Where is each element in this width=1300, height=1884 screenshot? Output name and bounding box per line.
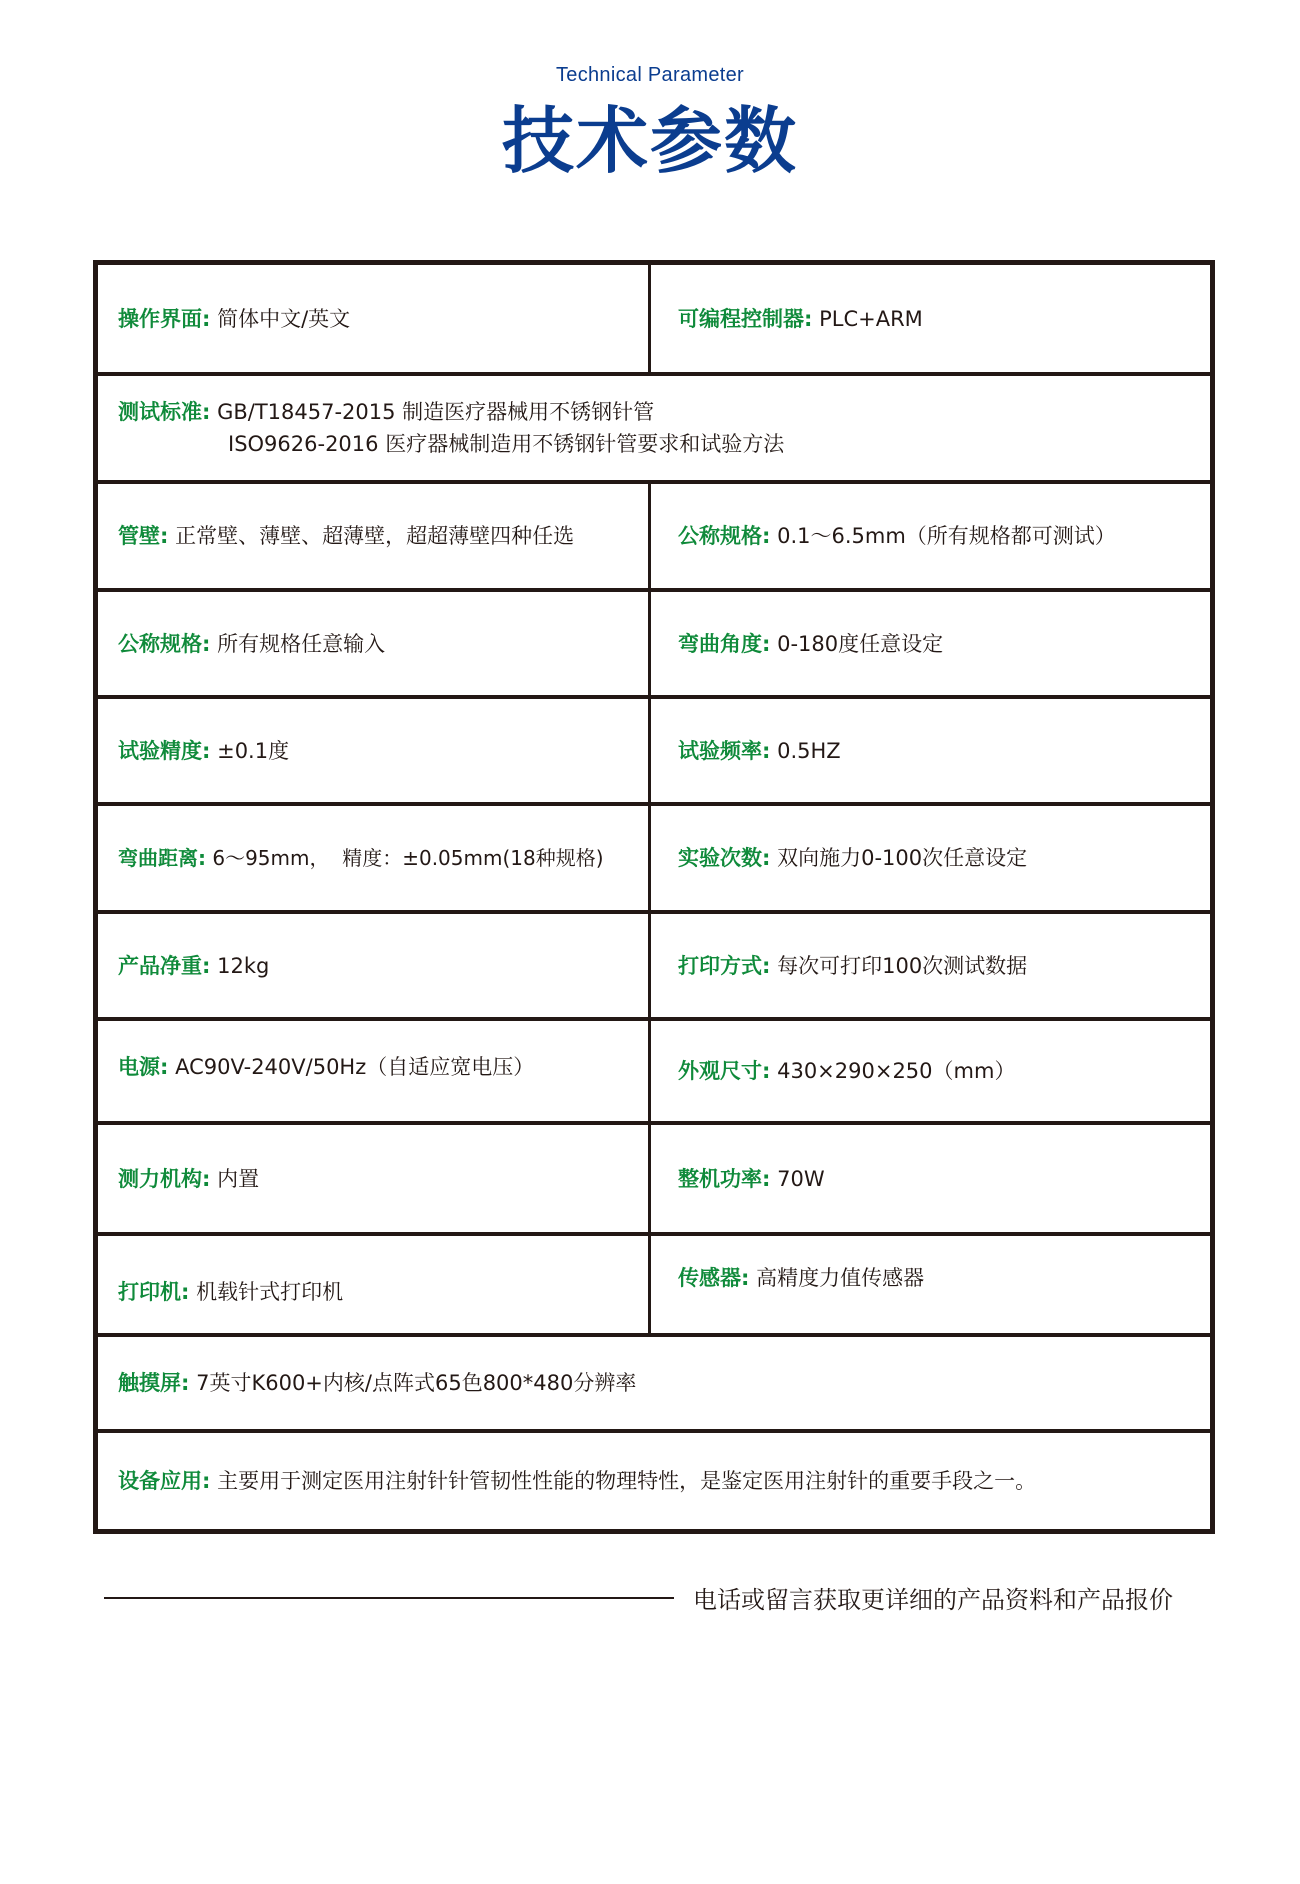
table-row: 试验精度: ±0.1度 试验频率: 0.5HZ (98, 699, 1210, 806)
page-subtitle: Technical Parameter (0, 64, 1300, 87)
table-row: 操作界面: 简体中文/英文 可编程控制器: PLC+ARM (98, 265, 1210, 376)
spec-cell-interface: 操作界面: 简体中文/英文 (98, 265, 651, 372)
spec-label: 触摸屏: (118, 1367, 189, 1399)
spec-cell-touchscreen: 触摸屏: 7英寸K600+内核/点阵式65色800*480分辨率 (98, 1337, 1210, 1429)
spec-value: 每次可打印100次测试数据 (777, 950, 1027, 982)
table-row: 公称规格: 所有规格任意输入 弯曲角度: 0-180度任意设定 (98, 592, 1210, 699)
spec-label: 实验次数: (678, 842, 770, 874)
footer-contact-text: 电话或留言获取更详细的产品资料和产品报价 (693, 1580, 1173, 1615)
spec-label: 产品净重: (118, 950, 210, 982)
spec-label: 设备应用: (118, 1465, 210, 1497)
spec-label: 传感器: (678, 1262, 749, 1294)
spec-label: 弯曲角度: (678, 628, 770, 660)
spec-label: 公称规格: (118, 628, 210, 660)
spec-cell-accuracy: 试验精度: ±0.1度 (98, 699, 651, 802)
spec-value: GB/T18457-2015 制造医疗器械用不锈钢针管 (217, 400, 654, 424)
spec-value-line2: ISO9626-2016 医疗器械制造用不锈钢针管要求和试验方法 (228, 432, 784, 456)
spec-value: 内置 (217, 1163, 259, 1195)
spec-table: 操作界面: 简体中文/英文 可编程控制器: PLC+ARM 测试标准: GB/T… (93, 260, 1215, 1534)
spec-label: 打印机: (118, 1276, 189, 1308)
spec-cell-test-count: 实验次数: 双向施力0-100次任意设定 (651, 806, 1210, 910)
spec-value: 0-180度任意设定 (777, 628, 943, 660)
spec-cell-power: 整机功率: 70W (651, 1125, 1210, 1232)
spec-label: 测力机构: (118, 1163, 210, 1195)
spec-label: 外观尺寸: (678, 1055, 770, 1087)
spec-cell-print-mode: 打印方式: 每次可打印100次测试数据 (651, 914, 1210, 1017)
spec-cell-nominal-input: 公称规格: 所有规格任意输入 (98, 592, 651, 695)
spec-cell-frequency: 试验频率: 0.5HZ (651, 699, 1210, 802)
table-row: 打印机: 机载针式打印机 传感器: 高精度力值传感器 (98, 1236, 1210, 1337)
spec-value: 12kg (217, 950, 269, 982)
spec-label: 管壁: (118, 520, 168, 552)
spec-value: ±0.1度 (217, 735, 289, 767)
page-title: 技术参数 (0, 96, 1300, 186)
spec-cell-bend-distance: 弯曲距离: 6～95mm， 精度：±0.05mm(18种规格) (98, 806, 651, 910)
spec-cell-dimensions: 外观尺寸: 430×290×250（mm） (651, 1021, 1210, 1121)
spec-cell-wall: 管壁: 正常壁、薄壁、超薄壁，超超薄壁四种任选 (98, 484, 651, 588)
spec-cell-application: 设备应用: 主要用于测定医用注射针针管韧性性能的物理特性，是鉴定医用注射针的重要… (98, 1433, 1210, 1529)
table-row: 管壁: 正常壁、薄壁、超薄壁，超超薄壁四种任选 公称规格: 0.1～6.5mm（… (98, 484, 1210, 592)
spec-value: 正常壁、薄壁、超薄壁，超超薄壁四种任选 (175, 520, 574, 552)
spec-cell-nominal-size: 公称规格: 0.1～6.5mm（所有规格都可测试） (651, 484, 1210, 588)
spec-label: 操作界面: (118, 303, 210, 335)
spec-value: PLC+ARM (819, 303, 923, 335)
spec-cell-sensor: 传感器: 高精度力值传感器 (651, 1236, 1210, 1333)
spec-label: 试验频率: (678, 735, 770, 767)
spec-cell-weight: 产品净重: 12kg (98, 914, 651, 1017)
spec-label: 试验精度: (118, 735, 210, 767)
spec-value: AC90V-240V/50Hz（自适应宽电压） (175, 1051, 534, 1083)
table-row: 设备应用: 主要用于测定医用注射针针管韧性性能的物理特性，是鉴定医用注射针的重要… (98, 1433, 1210, 1529)
table-row: 测试标准: GB/T18457-2015 制造医疗器械用不锈钢针管 ISO962… (98, 376, 1210, 484)
spec-value: 机载针式打印机 (196, 1276, 343, 1308)
table-row: 触摸屏: 7英寸K600+内核/点阵式65色800*480分辨率 (98, 1337, 1210, 1433)
spec-value: 高精度力值传感器 (756, 1262, 924, 1294)
spec-value: 70W (777, 1163, 825, 1195)
spec-cell-standard: 测试标准: GB/T18457-2015 制造医疗器械用不锈钢针管 ISO962… (98, 376, 1210, 480)
spec-value: 0.1～6.5mm（所有规格都可测试） (777, 520, 1116, 552)
spec-cell-bend-angle: 弯曲角度: 0-180度任意设定 (651, 592, 1210, 695)
spec-value: 7英寸K600+内核/点阵式65色800*480分辨率 (196, 1367, 636, 1399)
spec-cell-printer: 打印机: 机载针式打印机 (98, 1236, 651, 1333)
spec-label: 整机功率: (678, 1163, 770, 1195)
table-row: 电源: AC90V-240V/50Hz（自适应宽电压） 外观尺寸: 430×29… (98, 1021, 1210, 1125)
spec-label: 打印方式: (678, 950, 770, 982)
table-row: 弯曲距离: 6～95mm， 精度：±0.05mm(18种规格) 实验次数: 双向… (98, 806, 1210, 914)
spec-value: 双向施力0-100次任意设定 (777, 842, 1027, 874)
spec-cell-power-supply: 电源: AC90V-240V/50Hz（自适应宽电压） (98, 1021, 651, 1121)
footer-divider (104, 1597, 674, 1599)
spec-cell-controller: 可编程控制器: PLC+ARM (651, 265, 1210, 372)
spec-value: 简体中文/英文 (217, 303, 350, 335)
spec-label: 测试标准: (118, 400, 210, 424)
spec-label: 可编程控制器: (678, 303, 812, 335)
spec-label: 公称规格: (678, 520, 770, 552)
spec-label: 弯曲距离: (118, 842, 206, 874)
spec-cell-force-mechanism: 测力机构: 内置 (98, 1125, 651, 1232)
spec-label: 电源: (118, 1051, 168, 1083)
table-row: 产品净重: 12kg 打印方式: 每次可打印100次测试数据 (98, 914, 1210, 1021)
table-row: 测力机构: 内置 整机功率: 70W (98, 1125, 1210, 1236)
spec-value: 主要用于测定医用注射针针管韧性性能的物理特性，是鉴定医用注射针的重要手段之一。 (217, 1465, 1036, 1497)
spec-value: 0.5HZ (777, 735, 841, 767)
spec-value: 430×290×250（mm） (777, 1055, 1015, 1087)
spec-value: 6～95mm， 精度：±0.05mm(18种规格) (212, 842, 603, 874)
spec-value: 所有规格任意输入 (217, 628, 385, 660)
